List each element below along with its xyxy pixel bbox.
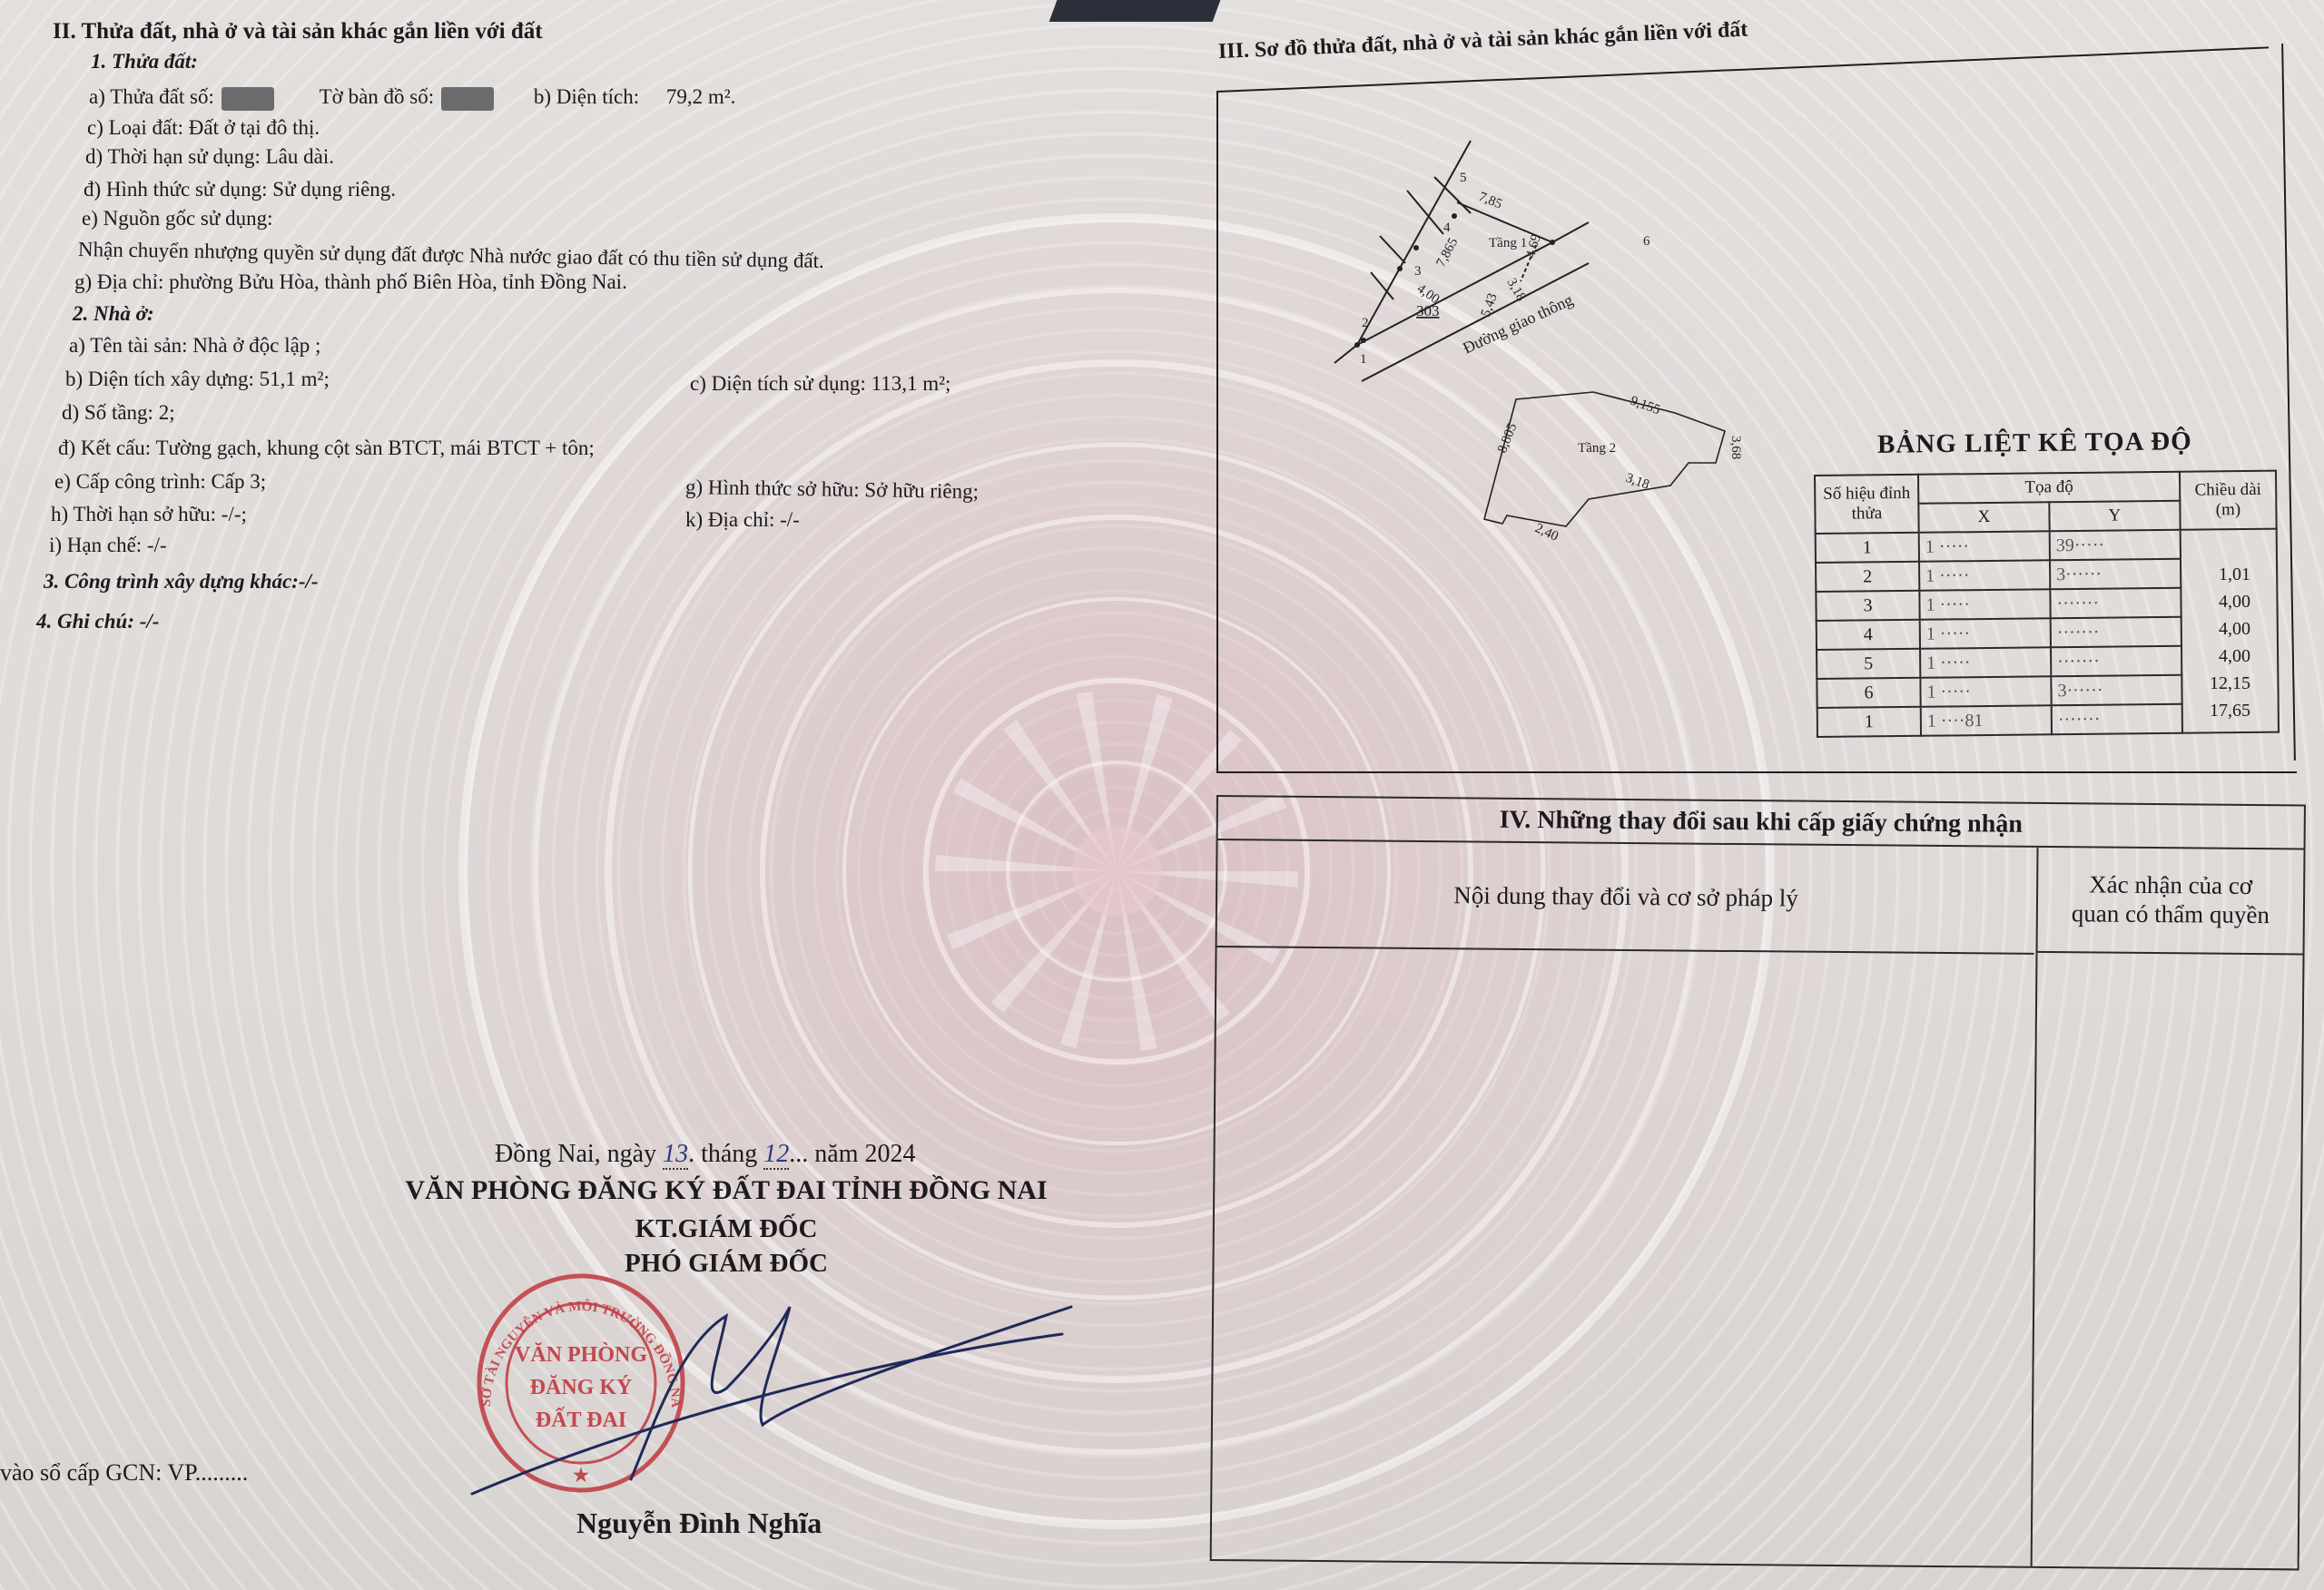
coord-cell-y: 39····· xyxy=(2050,530,2181,561)
coord-cell-x: 1 ····81 xyxy=(1921,705,2052,736)
construction-grade: e) Cấp công trình: Cấp 3; xyxy=(54,470,266,494)
build-area: b) Diện tích xây dựng: 51,1 m²; xyxy=(65,368,330,391)
coord-cell-vertex: 4 xyxy=(1817,620,1920,650)
floor1-label: Tầng 1 xyxy=(1489,236,1527,250)
parcel-number-row: a) Thửa đất số: Tờ bàn đồ số: b) Diện tí… xyxy=(89,85,735,111)
coord-cell-y: ······· xyxy=(2052,704,2182,735)
section2-title: II. Thửa đất, nhà ở và tài sản khác gắn … xyxy=(53,20,543,44)
coord-cell-y: ······· xyxy=(2050,588,2181,619)
coord-cell-y: ······· xyxy=(2051,617,2181,648)
on-behalf-of: KT.GIÁM ĐỐC xyxy=(381,1213,1071,1244)
dim-3-68: 3,68 xyxy=(1728,436,1743,459)
changes-divider xyxy=(2031,953,2038,1566)
place-date-prefix: Đồng Nai, ngày xyxy=(495,1140,656,1168)
length-values: 1,014,004,004,0012,1517,65 xyxy=(2196,561,2250,724)
coord-cell-y: 3······ xyxy=(2051,675,2181,706)
col-y: Y xyxy=(2049,501,2180,532)
signature-scribble xyxy=(454,1289,1089,1507)
vertex-label-2: 2 xyxy=(1362,316,1369,330)
parcel-number-303: 303 xyxy=(1416,302,1440,319)
dim-5-43: 5,43 xyxy=(1479,291,1501,319)
coord-table-title: BẢNG LIỆT KÊ TỌA ĐỘ xyxy=(1877,427,2192,460)
col-x: X xyxy=(1918,502,2049,533)
area-value: 79,2 m². xyxy=(666,85,736,108)
segment-length: 4,00 xyxy=(2196,588,2250,615)
coord-cell-x: 1 ····· xyxy=(1919,531,2050,562)
dim-3-18-floor2: 3,18 xyxy=(1624,471,1651,493)
vertex-label-3: 3 xyxy=(1414,264,1422,279)
land-duration: d) Thời hạn sử dụng: Lâu dài. xyxy=(85,145,334,169)
segment-length: 1,01 xyxy=(2196,561,2250,588)
coord-cell-x: 1 ····· xyxy=(1920,618,2051,649)
other-works: 3. Công trình xây dựng khác:-/- xyxy=(44,570,319,594)
coord-cell-vertex: 1 xyxy=(1817,707,1921,737)
authority-confirm-line2: quan có thẩm quyền xyxy=(2038,898,2303,930)
ownership-form: g) Hình thức sở hữu: Sở hữu riêng; xyxy=(685,476,979,504)
usage-form: đ) Hình thức sử dụng: Sử dụng riêng. xyxy=(84,178,396,201)
parcel-number-label: a) Thửa đất số: xyxy=(89,85,214,108)
land-address: g) Địa chỉ: phường Bửu Hòa, thành phố Bi… xyxy=(74,270,627,294)
col-change-content: Nội dung thay đổi và cơ sở pháp lý xyxy=(1217,840,2035,955)
month-label: tháng xyxy=(701,1140,757,1168)
parcel-sketch: 5 4 3 2 1 6 7,85 7,865 Tầng 1 4,69 3,18 … xyxy=(1307,127,1816,545)
office-name: VĂN PHÒNG ĐĂNG KÝ ĐẤT ĐAI TỈNH ĐỒNG NAI xyxy=(381,1175,1071,1206)
segment-length: 4,00 xyxy=(2196,615,2250,643)
authority-confirm-line1: Xác nhận của cơ xyxy=(2038,869,2303,901)
notes: 4. Ghi chú: -/- xyxy=(36,610,159,633)
signer-name: Nguyễn Đình Nghĩa xyxy=(576,1507,822,1539)
origin-label: e) Nguồn gốc sử dụng: xyxy=(82,207,273,231)
dim-9-155: 9,155 xyxy=(1629,394,1662,418)
land-type: c) Loại đất: Đất ở tại đô thị. xyxy=(87,116,320,140)
section3-bottom-border xyxy=(1216,771,2297,773)
vertex-label-4: 4 xyxy=(1443,221,1451,235)
segment-length: 4,00 xyxy=(2196,643,2250,670)
place-date: Đồng Nai, ngày 13. tháng 12... năm 2024 xyxy=(495,1140,916,1169)
section3-left-border xyxy=(1216,91,1218,773)
floor-area: c) Diện tích sử dụng: 113,1 m²; xyxy=(690,372,950,396)
floor-count: d) Số tầng: 2; xyxy=(62,401,175,425)
dim-7-865: 7,865 xyxy=(1433,236,1461,270)
house-address: k) Địa chỉ: -/- xyxy=(685,508,800,532)
map-sheet-label: Tờ bàn đồ số: xyxy=(320,85,435,108)
ownership-term: h) Thời hạn sở hữu: -/-; xyxy=(51,503,247,526)
coord-cell-vertex: 6 xyxy=(1817,678,1920,708)
coord-cell-vertex: 3 xyxy=(1816,591,1919,621)
house-name: a) Tên tài sản: Nhà ở độc lập ; xyxy=(69,334,320,358)
dim-7-85: 7,85 xyxy=(1477,190,1504,212)
redacted-parcel-number xyxy=(222,87,274,111)
coord-cell-vertex: 2 xyxy=(1816,562,1919,592)
vertex-label-1: 1 xyxy=(1360,352,1367,367)
col-length: Chiều dài (m) xyxy=(2180,471,2277,530)
background-object xyxy=(1049,0,1221,22)
coord-cell-x: 1 ····· xyxy=(1919,560,2050,591)
segment-length: 17,65 xyxy=(2196,697,2250,724)
land-heading: 1. Thửa đất: xyxy=(91,50,198,74)
col-authority-confirm: Xác nhận của cơ quan có thẩm quyền xyxy=(2036,848,2304,956)
date-day: 13 xyxy=(663,1140,688,1170)
year-label: năm 2024 xyxy=(814,1140,915,1168)
house-structure: đ) Kết cấu: Tường gạch, khung cột sàn BT… xyxy=(58,437,595,460)
coord-cell-y: ······· xyxy=(2051,646,2181,677)
col-coords: Tọa độ xyxy=(1918,472,2180,504)
col-vertex: Số hiệu đỉnh thửa xyxy=(1815,475,1919,534)
coord-cell-vertex: 5 xyxy=(1817,649,1920,679)
redacted-map-sheet xyxy=(441,87,494,111)
dim-8-805: 8,805 xyxy=(1495,421,1520,455)
coord-cell-x: 1 ····· xyxy=(1920,676,2051,707)
coord-row: 11 ·····39····· xyxy=(1816,529,2277,563)
date-month: 12 xyxy=(763,1140,789,1170)
vertex-label-6: 6 xyxy=(1643,234,1650,249)
changes-table: IV. Những thay đổi sau khi cấp giấy chứn… xyxy=(1210,795,2306,1570)
coord-cell-vertex: 1 xyxy=(1816,533,1919,563)
floor2-label: Tầng 2 xyxy=(1578,441,1616,456)
house-heading: 2. Nhà ở: xyxy=(73,302,154,326)
restrictions: i) Hạn chế: -/- xyxy=(49,534,167,557)
area-label: b) Diện tích: xyxy=(534,85,639,108)
segment-length: 12,15 xyxy=(2196,670,2250,697)
registry-number: vào sổ cấp GCN: VP......... xyxy=(0,1461,248,1485)
dim-3-18: 3,18 xyxy=(1504,276,1529,304)
coord-cell-x: 1 ····· xyxy=(1919,589,2050,620)
coord-cell-x: 1 ····· xyxy=(1920,647,2051,678)
coord-cell-y: 3······ xyxy=(2050,559,2181,590)
vertex-label-5: 5 xyxy=(1460,171,1467,185)
